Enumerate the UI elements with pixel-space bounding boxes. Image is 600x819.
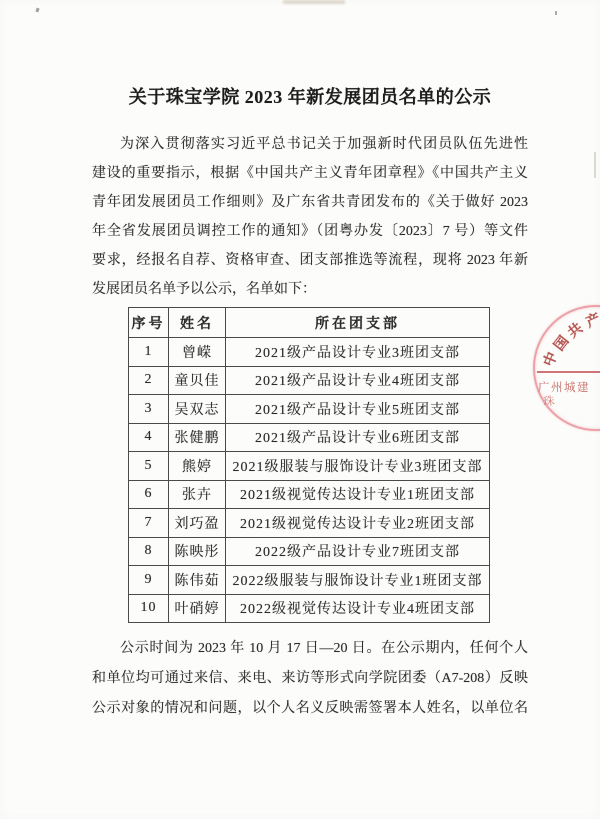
cell-index: 5 — [129, 452, 169, 481]
table-row: 7 刘巧盈 2021级视觉传达设计专业2班团支部 — [129, 509, 490, 538]
cell-name: 吴双志 — [169, 395, 226, 424]
cell-name: 陈映彤 — [169, 537, 226, 566]
text-line: 年全省发展团员调控工作的通知》（团粤办发〔2023〕7 号）等文件 — [92, 217, 528, 246]
table-row: 3 吴双志 2021级产品设计专业5班团支部 — [129, 395, 490, 424]
cell-name: 张健鹏 — [169, 423, 226, 452]
table-row: 9 陈伟茹 2022级服装与服饰设计专业1班团支部 — [129, 566, 490, 595]
cell-name: 叶硝婷 — [169, 594, 226, 623]
table-row: 8 陈映彤 2022级产品设计专业7班团支部 — [129, 537, 490, 566]
stamp-arc-char: 中 — [538, 349, 562, 369]
table-header-row: 序号 姓名 所在团支部 — [129, 308, 490, 338]
text-line: 发展团员名单予以公示，名单如下： — [92, 275, 528, 304]
cell-branch: 2022级产品设计专业7班团支部 — [226, 537, 490, 566]
cell-name: 刘巧盈 — [169, 509, 226, 538]
cell-index: 6 — [129, 480, 169, 509]
header-name: 姓名 — [169, 308, 226, 338]
cell-index: 2 — [129, 366, 169, 395]
cell-branch: 2021级服装与服饰设计专业3班团支部 — [226, 452, 490, 481]
closing-paragraph: 公示时间为 2023 年 10 月 17 日—20 日。在公示期内，任何个人 和… — [92, 634, 528, 724]
cell-name: 陈伟茹 — [169, 566, 226, 595]
text-line: 公示对象的情况和问题，以个人名义反映需签署本人姓名，以单位名 — [92, 694, 528, 724]
cell-index: 4 — [129, 423, 169, 452]
table-row: 10 叶硝婷 2022级视觉传达设计专业4班团支部 — [129, 594, 490, 623]
members-table: 序号 姓名 所在团支部 1 曾嵘 2021级产品设计专业3班团支部 2 童贝佳 … — [128, 307, 490, 623]
text-line: 要求，经报名自荐、资格审查、团支部推选等流程，现将 2023 年新 — [92, 246, 528, 275]
cell-branch: 2021级视觉传达设计专业1班团支部 — [226, 480, 490, 509]
cell-index: 10 — [129, 594, 169, 623]
cell-name: 张卉 — [169, 480, 226, 509]
intro-paragraph: 为深入贯彻落实习近平总书记关于加强新时代团员队伍先进性 建设的重要指示，根据《中… — [92, 130, 528, 304]
cell-name: 童贝佳 — [169, 366, 226, 395]
table-row: 4 张健鹏 2021级产品设计专业6班团支部 — [129, 423, 490, 452]
cell-index: 8 — [129, 537, 169, 566]
scan-mark — [594, 152, 596, 178]
cell-branch: 2022级服装与服饰设计专业1班团支部 — [226, 566, 490, 595]
league-seal-stamp: 中 国 共 产 广州城建 珠 — [533, 305, 600, 431]
cell-index: 9 — [129, 566, 169, 595]
text-line: 青年团发展团员工作细则》及广东省共青团发布的《关于做好 2023 — [92, 188, 528, 217]
table-row: 6 张卉 2021级视觉传达设计专业1班团支部 — [129, 480, 490, 509]
stamp-divider-line — [537, 371, 600, 373]
text-line: 公示时间为 2023 年 10 月 17 日—20 日。在公示期内，任何个人 — [92, 634, 528, 664]
cell-name: 熊婷 — [169, 452, 226, 481]
scan-smudge — [283, 0, 345, 4]
cell-branch: 2021级产品设计专业6班团支部 — [226, 423, 490, 452]
header-branch: 所在团支部 — [226, 308, 490, 338]
table-row: 1 曾嵘 2021级产品设计专业3班团支部 — [129, 338, 490, 367]
stamp-text-line2: 珠 — [542, 392, 555, 409]
table-row: 5 熊婷 2021级服装与服饰设计专业3班团支部 — [129, 452, 490, 481]
document-title: 关于珠宝学院 2023 年新发展团员名单的公示 — [92, 86, 528, 108]
stamp-arc-char: 产 — [583, 308, 600, 332]
table-row: 2 童贝佳 2021级产品设计专业4班团支部 — [129, 366, 490, 395]
cell-index: 1 — [129, 338, 169, 367]
cell-branch: 2022级视觉传达设计专业4班团支部 — [226, 594, 490, 623]
cell-branch: 2021级视觉传达设计专业2班团支部 — [226, 509, 490, 538]
cell-name: 曾嵘 — [169, 338, 226, 367]
document-page: 关于珠宝学院 2023 年新发展团员名单的公示 为深入贯彻落实习近平总书记关于加… — [0, 0, 600, 819]
cell-index: 3 — [129, 395, 169, 424]
cell-branch: 2021级产品设计专业3班团支部 — [226, 338, 490, 367]
scan-speck — [35, 8, 39, 13]
cell-index: 7 — [129, 509, 169, 538]
header-index: 序号 — [129, 308, 169, 338]
cell-branch: 2021级产品设计专业4班团支部 — [226, 366, 490, 395]
text-line: 为深入贯彻落实习近平总书记关于加强新时代团员队伍先进性 — [92, 130, 528, 159]
cell-branch: 2021级产品设计专业5班团支部 — [226, 395, 490, 424]
scan-speck — [555, 11, 557, 15]
text-line: 建设的重要指示，根据《中国共产主义青年团章程》《中国共产主义 — [92, 159, 528, 188]
text-line: 和单位均可通过来信、来电、来访等形式向学院团委（A7-208）反映 — [92, 664, 528, 694]
